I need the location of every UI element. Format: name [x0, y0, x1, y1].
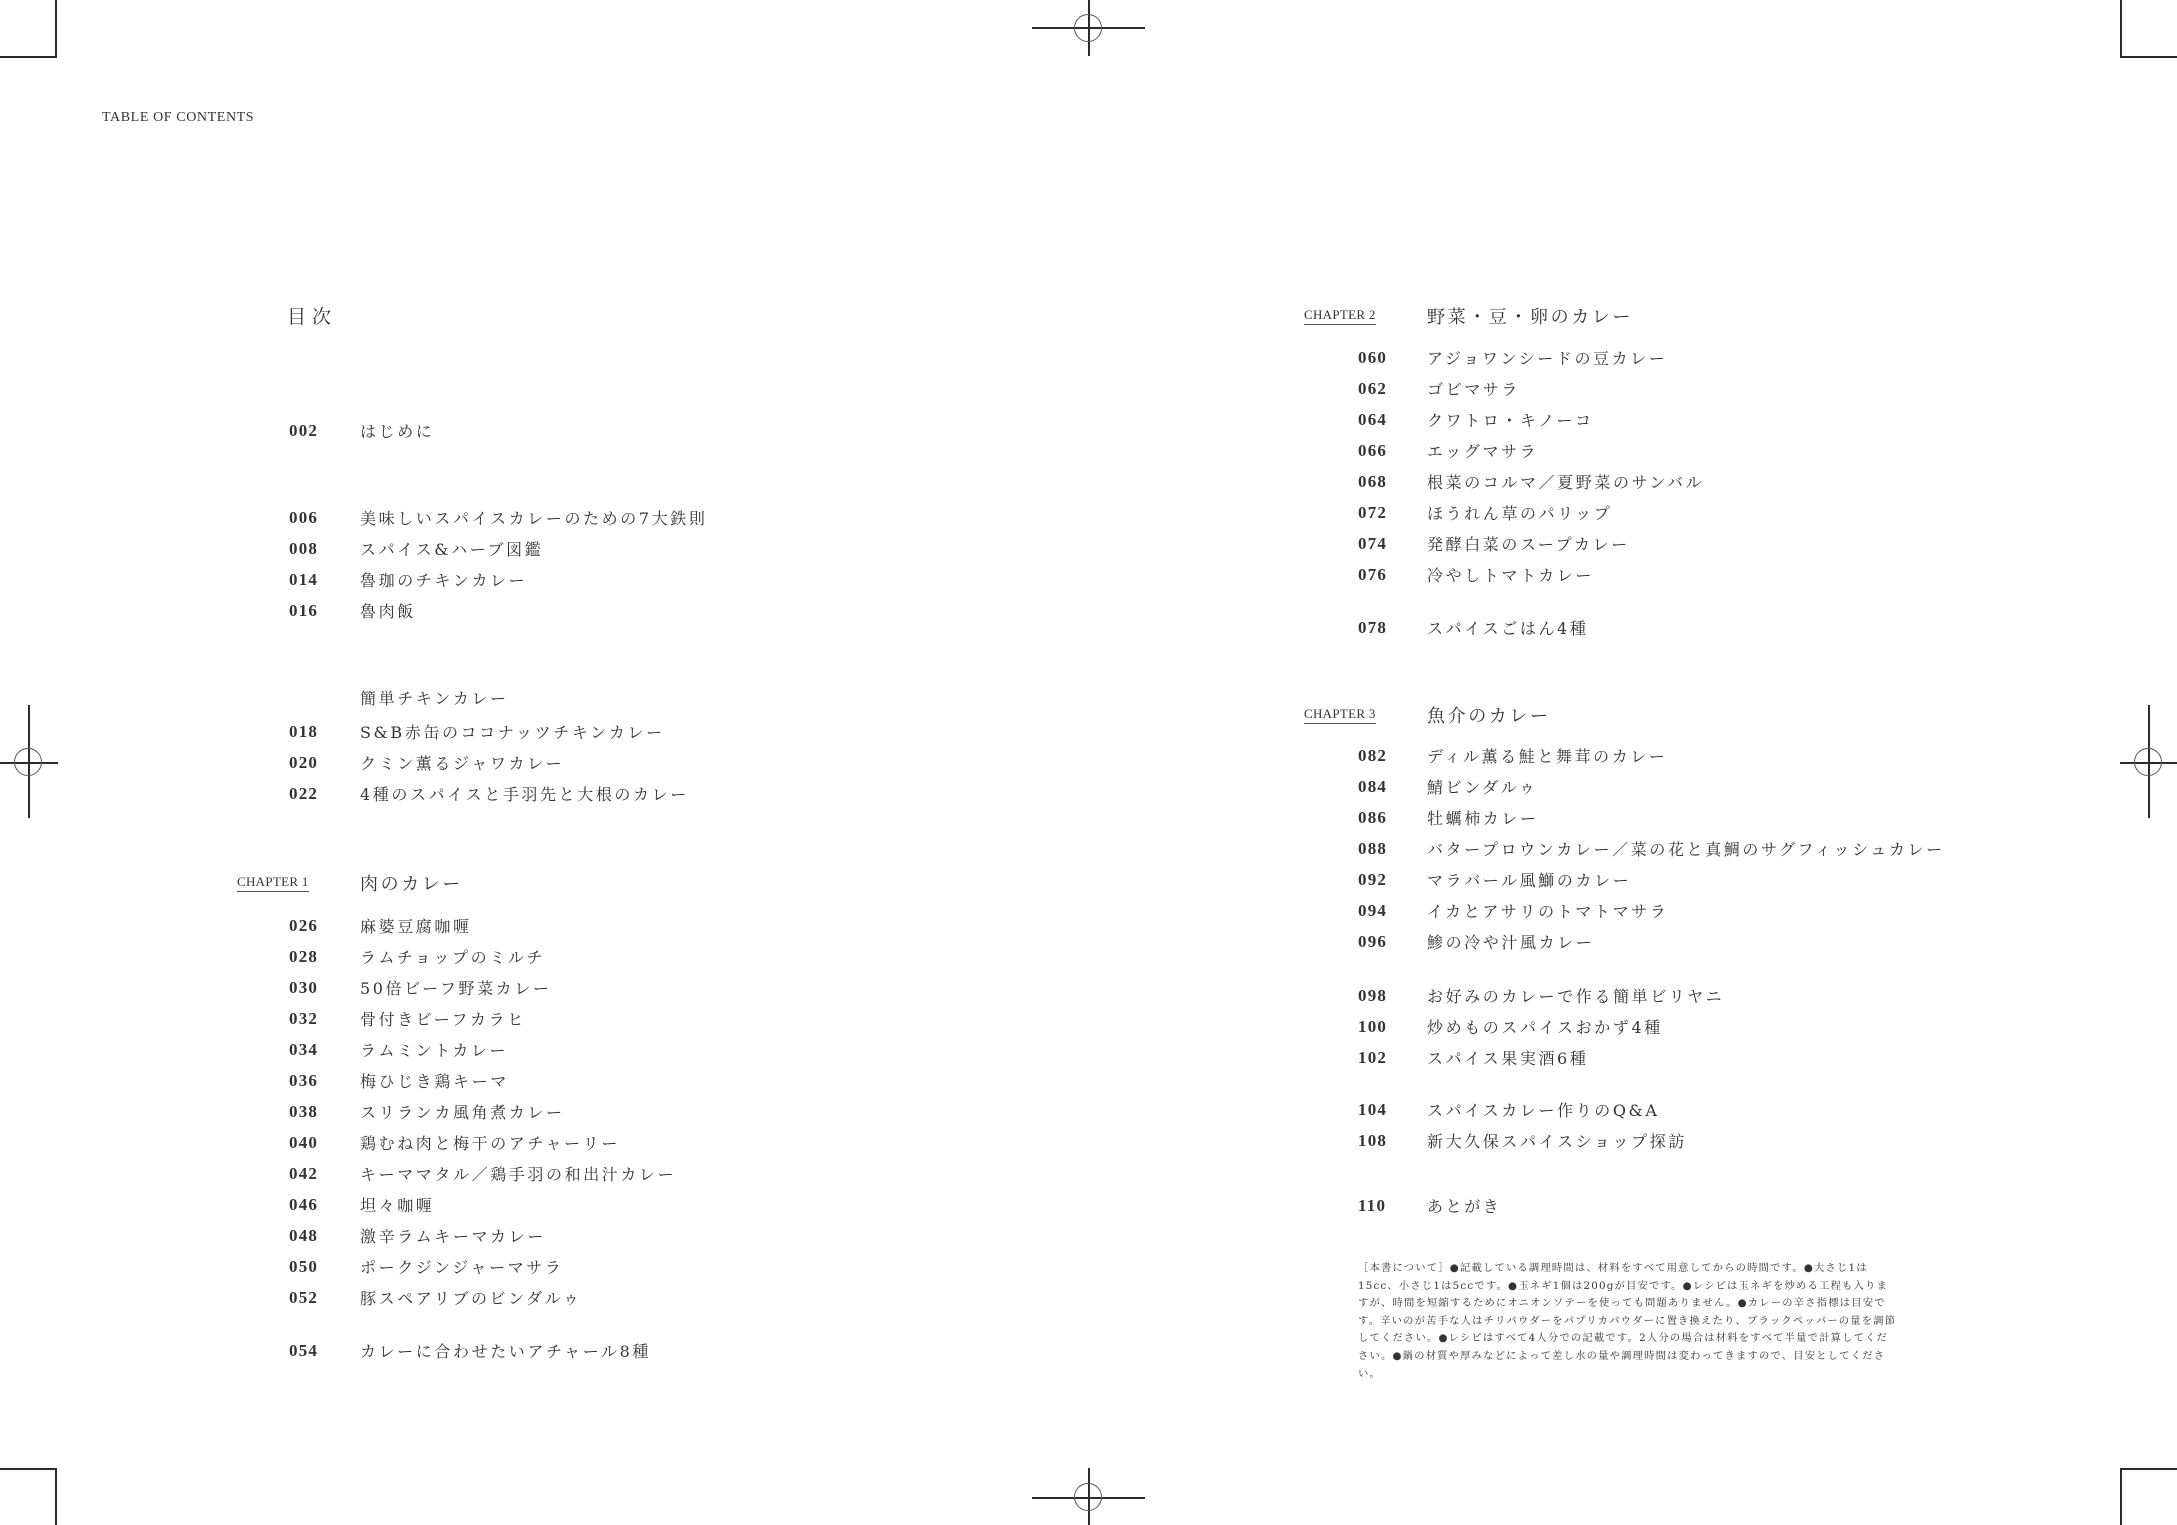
entry-title: スパイス果実酒6種 — [1427, 1046, 1588, 1069]
entry-title: エッグマサラ — [1427, 439, 1538, 462]
page-number: 054 — [289, 1341, 318, 1361]
page-number: 084 — [1358, 777, 1387, 797]
page-number: 046 — [289, 1195, 318, 1215]
entry-title: クミン薫るジャワカレー — [360, 751, 564, 774]
crop-mark-top-left-v — [55, 0, 57, 57]
crop-mark-bottom-left-h — [0, 1468, 57, 1470]
entry-title: スパイスごはん4種 — [1427, 616, 1588, 639]
entry-title: 鯖ビンダルゥ — [1427, 775, 1538, 798]
entry-title: 美味しいスパイスカレーのための7大鉄則 — [360, 506, 707, 529]
crop-mark-bottom-left-v — [55, 1468, 57, 1525]
entry-title: 鯵の冷や汁風カレー — [1427, 930, 1594, 953]
page-number: 052 — [289, 1288, 318, 1308]
entry-title: ゴビマサラ — [1427, 377, 1520, 400]
page-number: 100 — [1358, 1017, 1387, 1037]
chapter-title[interactable]: 肉のカレー — [360, 870, 463, 896]
page-number: 008 — [289, 539, 318, 559]
page-number: 066 — [1358, 441, 1387, 461]
page-number: 036 — [289, 1071, 318, 1091]
crop-mark-top-left-h — [0, 56, 57, 58]
running-header: TABLE OF CONTENTS — [102, 110, 254, 126]
page-number: 002 — [289, 421, 318, 441]
page-number: 050 — [289, 1257, 318, 1277]
crop-mark-top-right-h — [2120, 56, 2177, 58]
entry-title: ラムチョップのミルチ — [360, 945, 545, 968]
page-number: 062 — [1358, 379, 1387, 399]
page-number: 110 — [1358, 1196, 1386, 1216]
entry-title: 梅ひじき鶏キーマ — [360, 1069, 509, 1092]
entry-title: ほうれん草のパリップ — [1427, 501, 1612, 524]
page-number: 048 — [289, 1226, 318, 1246]
entry-title: 激辛ラムキーマカレー — [360, 1224, 546, 1247]
entry-title: ポークジンジャーマサラ — [360, 1255, 563, 1278]
section-heading: 簡単チキンカレー — [360, 686, 509, 709]
page-number: 026 — [289, 916, 318, 936]
page-number: 108 — [1358, 1131, 1387, 1151]
page-number: 038 — [289, 1102, 318, 1122]
entry-title: 炒めものスパイスおかず4種 — [1427, 1015, 1663, 1038]
page-number: 076 — [1358, 565, 1387, 585]
crop-mark-bottom-right-v — [2120, 1468, 2122, 1525]
page-number: 088 — [1358, 839, 1387, 859]
page-number: 020 — [289, 753, 318, 773]
toc-title: 目次 — [287, 302, 337, 329]
page-number: 074 — [1358, 534, 1387, 554]
about-this-book-note: ［本書について］●記載している調理時間は、材料をすべて用意してからの時間です。●… — [1358, 1260, 1898, 1383]
chapter-label[interactable]: CHAPTER 3 — [1304, 706, 1376, 724]
chapter-title[interactable]: 魚介のカレー — [1427, 702, 1551, 728]
entry-title: 豚スペアリブのビンダルゥ — [360, 1286, 582, 1309]
page-number: 098 — [1358, 986, 1387, 1006]
entry-title: バタープロウンカレー／菜の花と真鯛のサグフィッシュカレー — [1427, 837, 1945, 860]
page-number: 032 — [289, 1009, 318, 1029]
crop-mark-bottom-right-h — [2120, 1468, 2177, 1470]
entry-title: 魯珈のチキンカレー — [360, 568, 527, 591]
page-number: 028 — [289, 947, 318, 967]
entry-title: 坦々咖喱 — [360, 1193, 434, 1216]
page-number: 096 — [1358, 932, 1387, 952]
page-number: 094 — [1358, 901, 1387, 921]
entry-title: 麻婆豆腐咖喱 — [360, 914, 472, 937]
entry-title: 4種のスパイスと手羽先と大根のカレー — [360, 782, 689, 805]
entry-title: アジョワンシードの豆カレー — [1427, 346, 1667, 369]
entry-title: 骨付きビーフカラヒ — [360, 1007, 526, 1030]
chapter-label[interactable]: CHAPTER 1 — [237, 874, 309, 892]
page-number: 034 — [289, 1040, 318, 1060]
page-number: 042 — [289, 1164, 318, 1184]
entry-title: イカとアサリのトマトマサラ — [1427, 899, 1668, 922]
entry-title: 50倍ビーフ野菜カレー — [360, 976, 552, 999]
toc-entry[interactable]: 002 はじめに — [0, 417, 1, 418]
entry-title: 鶏むね肉と梅干のアチャーリー — [360, 1131, 620, 1154]
page-number: 014 — [289, 570, 318, 590]
entry-title: 牡蠣柿カレー — [1427, 806, 1539, 829]
page-number: 064 — [1358, 410, 1387, 430]
entry-title: あとがき — [1427, 1194, 1501, 1217]
entry-title: ラムミントカレー — [360, 1038, 508, 1061]
entry-title: カレーに合わせたいアチャール8種 — [360, 1339, 651, 1362]
page-number: 082 — [1358, 746, 1387, 766]
crop-mark-top-right-v — [2120, 0, 2122, 57]
entry-title: S&B赤缶のココナッツチキンカレー — [360, 720, 665, 743]
page-number: 030 — [289, 978, 318, 998]
entry-title: 発酵白菜のスープカレー — [1427, 532, 1630, 555]
entry-title: お好みのカレーで作る簡単ビリヤニ — [1427, 984, 1724, 1007]
entry-title: キーママタル／鶏手羽の和出汁カレー — [360, 1162, 676, 1185]
page-number: 022 — [289, 784, 318, 804]
entry-title: はじめに — [360, 419, 434, 442]
entry-title: クワトロ・キノーコ — [1427, 408, 1594, 431]
page-number: 072 — [1358, 503, 1387, 523]
page-number: 104 — [1358, 1100, 1387, 1120]
page-number: 018 — [289, 722, 318, 742]
page-number: 086 — [1358, 808, 1387, 828]
chapter-title[interactable]: 野菜・豆・卵のカレー — [1427, 303, 1633, 329]
page-number: 040 — [289, 1133, 318, 1153]
page-number: 092 — [1358, 870, 1387, 890]
page-number: 068 — [1358, 472, 1387, 492]
entry-title: 新大久保スパイスショップ探訪 — [1427, 1129, 1687, 1152]
entry-title: 魯肉飯 — [360, 599, 416, 622]
entry-title: 根菜のコルマ／夏野菜のサンバル — [1427, 470, 1704, 493]
entry-title: ディル薫る鮭と舞茸のカレー — [1427, 744, 1668, 767]
entry-title: スリランカ風角煮カレー — [360, 1100, 565, 1123]
entry-title: 冷やしトマトカレー — [1427, 563, 1594, 586]
entry-title: マラバール風鰤のカレー — [1427, 868, 1631, 891]
page-number: 060 — [1358, 348, 1387, 368]
page-number: 078 — [1358, 618, 1387, 638]
page-number: 006 — [289, 508, 318, 528]
entry-title: スパイスカレー作りのQ&A — [1427, 1098, 1660, 1121]
chapter-label[interactable]: CHAPTER 2 — [1304, 307, 1376, 325]
page-number: 016 — [289, 601, 318, 621]
entry-title: スパイス&ハーブ図鑑 — [360, 537, 543, 560]
page-number: 102 — [1358, 1048, 1387, 1068]
